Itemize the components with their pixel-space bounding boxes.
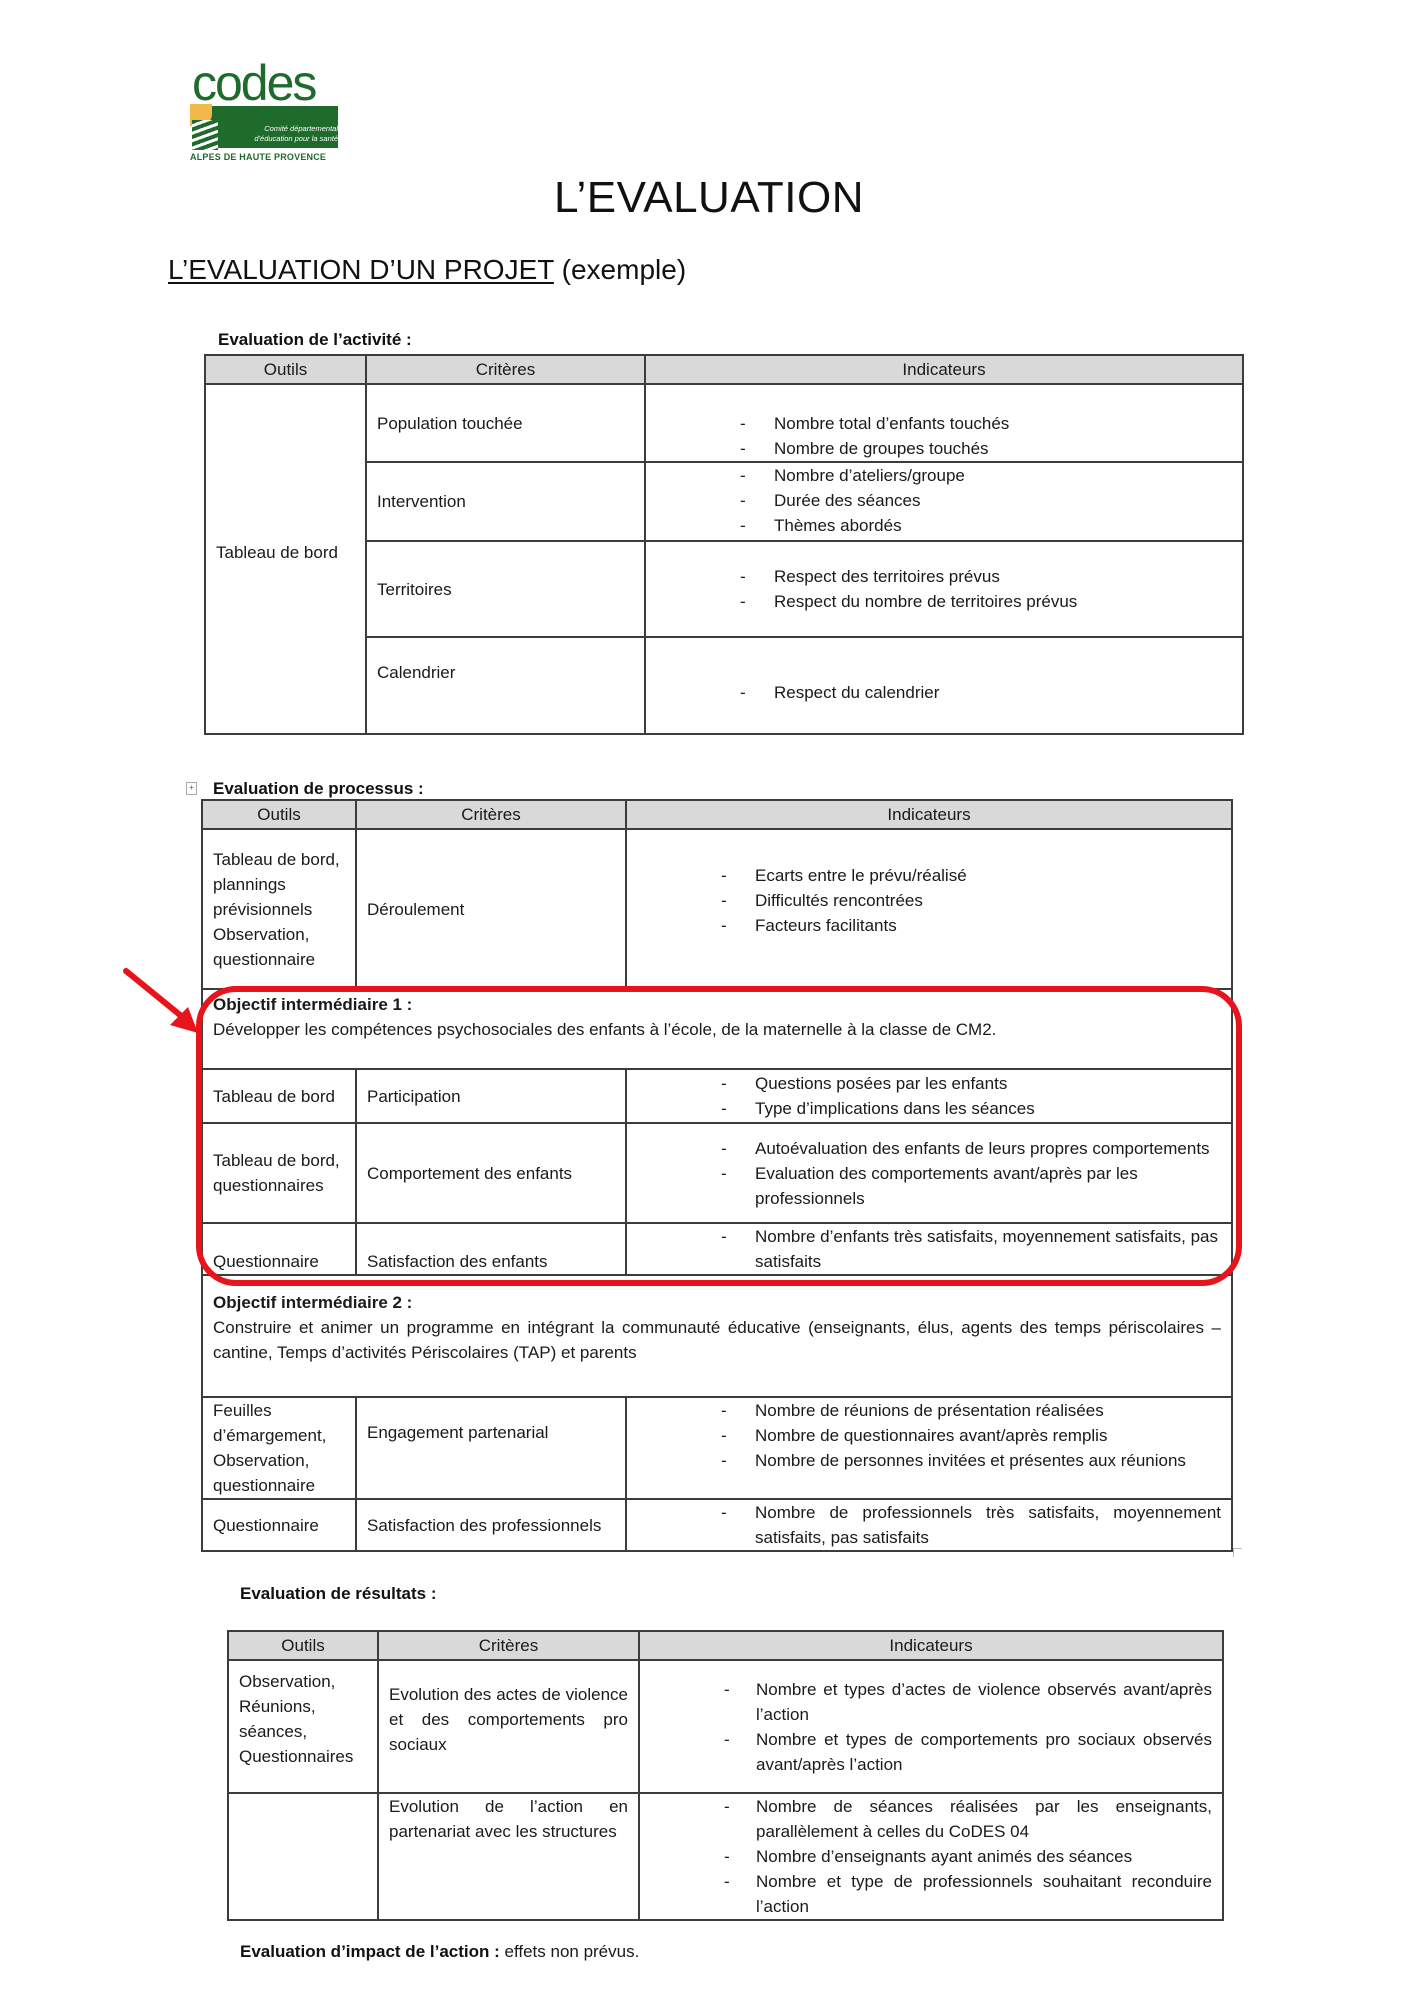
critere-cell: Calendrier xyxy=(366,637,645,734)
critere-cell: Engagement partenarial xyxy=(356,1397,626,1499)
table-resultats: Outils Critères Indicateurs Observation,… xyxy=(227,1630,1224,1921)
objectif-2-cell: Objectif intermédiaire 2 : Construire et… xyxy=(202,1275,1232,1397)
header-indicateurs: Indicateurs xyxy=(645,355,1243,384)
indicator-item: Type d’implications dans les séances xyxy=(637,1096,1221,1121)
indicator-item: Nombre de groupes touchés xyxy=(656,436,1232,461)
critere-cell: Participation xyxy=(356,1069,626,1123)
indicateurs-cell: Nombre de réunions de présentation réali… xyxy=(626,1397,1232,1499)
indicateurs-cell: Nombre de professionnels très satisfaits… xyxy=(626,1499,1232,1551)
indicator-item: Respect des territoires prévus xyxy=(656,564,1232,589)
indicator-item: Nombre total d’enfants touchés xyxy=(656,411,1232,436)
impact-text: effets non prévus. xyxy=(500,1942,640,1961)
indicator-item: Nombre de professionnels très satisfaits… xyxy=(637,1500,1221,1550)
table-move-handle[interactable]: + xyxy=(186,782,197,795)
logo-wordmark: codes xyxy=(192,58,315,108)
indicator-item: Ecarts entre le prévu/réalisé xyxy=(637,863,1221,888)
outil-cell: Tableau de bord, questionnaires xyxy=(202,1123,356,1223)
table-row: Tableau de bord, plannings prévisionnels… xyxy=(202,829,1232,989)
indicator-item: Durée des séances xyxy=(656,488,1232,513)
indicator-item: Facteurs facilitants xyxy=(637,913,1221,938)
logo-subtitle-1: Comité départemental xyxy=(230,124,338,133)
indicator-item: Nombre de personnes invitées et présente… xyxy=(637,1448,1221,1473)
indicator-item: Autoévaluation des enfants de leurs prop… xyxy=(637,1136,1221,1161)
table-row: Tableau de bord, questionnaires Comporte… xyxy=(202,1123,1232,1223)
indicator-item: Thèmes abordés xyxy=(656,513,1232,538)
outil-cell: Tableau de bord, plannings prévisionnels… xyxy=(202,829,356,989)
indicator-item: Nombre et types d’actes de violence obse… xyxy=(650,1677,1212,1727)
indicateurs-cell: Respect du calendrier xyxy=(645,637,1243,734)
indicator-item: Nombre d’enseignants ayant animés des sé… xyxy=(650,1844,1212,1869)
objectif-2-title: Objectif intermédiaire 2 : xyxy=(213,1290,1221,1315)
indicator-item: Nombre et type de professionnels souhait… xyxy=(650,1869,1212,1919)
table-row: Observation, Réunions, séances, Question… xyxy=(228,1660,1223,1793)
table-row: Evolution de l’action en partenariat ave… xyxy=(228,1793,1223,1920)
critere-cell: Territoires xyxy=(366,541,645,637)
indicateurs-cell: Respect des territoires prévus Respect d… xyxy=(645,541,1243,637)
indicator-item: Nombre et types de comportements pro soc… xyxy=(650,1727,1212,1777)
indicator-item: Questions posées par les enfants xyxy=(637,1071,1221,1096)
objectif-row: Objectif intermédiaire 2 : Construire et… xyxy=(202,1275,1232,1397)
indicateurs-cell: Ecarts entre le prévu/réalisé Difficulté… xyxy=(626,829,1232,989)
subtitle-underlined: L’EVALUATION D’UN PROJET xyxy=(168,254,554,285)
outil-cell: Tableau de bord xyxy=(205,384,366,734)
section-label-processus: Evaluation de processus : xyxy=(213,779,424,799)
indicator-item: Nombre de réunions de présentation réali… xyxy=(637,1398,1221,1423)
objectif-1-title: Objectif intermédiaire 1 : xyxy=(213,992,1221,1017)
critere-cell: Déroulement xyxy=(356,829,626,989)
critere-cell: Satisfaction des enfants xyxy=(356,1223,626,1275)
critere-cell: Satisfaction des professionnels xyxy=(356,1499,626,1551)
header-outils: Outils xyxy=(202,800,356,829)
critere-cell: Evolution de l’action en partenariat ave… xyxy=(378,1793,639,1920)
codes-logo: codes Comité départemental d'éducation p… xyxy=(190,64,340,162)
critere-cell: Intervention xyxy=(366,462,645,541)
impact-label: Evaluation d’impact de l’action : xyxy=(240,1942,500,1961)
indicator-item: Nombre d’enfants très satisfaits, moyenn… xyxy=(637,1224,1221,1274)
header-criteres: Critères xyxy=(378,1631,639,1660)
section-label-resultats: Evaluation de résultats : xyxy=(240,1584,437,1604)
logo-subtitle-2: d'éducation pour la santé xyxy=(230,134,338,143)
indicateurs-cell: Nombre d’ateliers/groupe Durée des séanc… xyxy=(645,462,1243,541)
table-row: Tableau de bord Population touchée Nombr… xyxy=(205,384,1243,462)
impact-line: Evaluation d’impact de l’action : effets… xyxy=(240,1942,639,1962)
critere-cell: Population touchée xyxy=(366,384,645,462)
indicator-item: Respect du nombre de territoires prévus xyxy=(656,589,1232,614)
table-row: Feuilles d’émargement, Observation, ques… xyxy=(202,1397,1232,1499)
header-criteres: Critères xyxy=(356,800,626,829)
indicateurs-cell: Autoévaluation des enfants de leurs prop… xyxy=(626,1123,1232,1223)
red-arrow-icon xyxy=(118,965,208,1040)
table-processus: Outils Critères Indicateurs Tableau de b… xyxy=(201,799,1233,1552)
indicator-item: Nombre d’ateliers/groupe xyxy=(656,463,1232,488)
outil-cell: Questionnaire xyxy=(202,1223,356,1275)
indicateurs-cell: Nombre d’enfants très satisfaits, moyenn… xyxy=(626,1223,1232,1275)
objectif-1-text: Développer les compétences psychosociale… xyxy=(213,1017,1221,1042)
indicateurs-cell: Nombre de séances réalisées par les ense… xyxy=(639,1793,1223,1920)
outil-cell: Questionnaire xyxy=(202,1499,356,1551)
logo-region: ALPES DE HAUTE PROVENCE xyxy=(190,152,340,162)
header-indicateurs: Indicateurs xyxy=(639,1631,1223,1660)
header-indicateurs: Indicateurs xyxy=(626,800,1232,829)
header-criteres: Critères xyxy=(366,355,645,384)
outil-cell: Feuilles d’émargement, Observation, ques… xyxy=(202,1397,356,1499)
indicateurs-cell: Nombre et types d’actes de violence obse… xyxy=(639,1660,1223,1793)
logo-road-icon xyxy=(192,120,218,150)
header-outils: Outils xyxy=(205,355,366,384)
outil-cell: Tableau de bord xyxy=(202,1069,356,1123)
subtitle-rest: (exemple) xyxy=(554,254,686,285)
section-label-activite: Evaluation de l’activité : xyxy=(218,330,412,350)
table-row: Questionnaire Satisfaction des professio… xyxy=(202,1499,1232,1551)
objectif-1-cell: Objectif intermédiaire 1 : Développer le… xyxy=(202,989,1232,1069)
outil-cell: Observation, Réunions, séances, Question… xyxy=(228,1660,378,1793)
header-outils: Outils xyxy=(228,1631,378,1660)
indicator-item: Nombre de séances réalisées par les ense… xyxy=(650,1794,1212,1844)
indicator-item: Respect du calendrier xyxy=(656,680,1232,705)
indicateurs-cell: Nombre total d’enfants touchés Nombre de… xyxy=(645,384,1243,462)
table-activite: Outils Critères Indicateurs Tableau de b… xyxy=(204,354,1244,735)
indicator-item: Difficultés rencontrées xyxy=(637,888,1221,913)
table-row: Tableau de bord Participation Questions … xyxy=(202,1069,1232,1123)
indicator-item: Nombre de questionnaires avant/après rem… xyxy=(637,1423,1221,1448)
indicator-item: Evaluation des comportements avant/après… xyxy=(637,1161,1221,1211)
page-title: L’EVALUATION xyxy=(0,172,1414,224)
critere-cell: Comportement des enfants xyxy=(356,1123,626,1223)
table-row: Questionnaire Satisfaction des enfants N… xyxy=(202,1223,1232,1275)
objectif-row: Objectif intermédiaire 1 : Développer le… xyxy=(202,989,1232,1069)
table-resize-handle[interactable] xyxy=(1233,1548,1242,1557)
indicateurs-cell: Questions posées par les enfants Type d’… xyxy=(626,1069,1232,1123)
outil-cell xyxy=(228,1793,378,1920)
critere-cell: Evolution des actes de violence et des c… xyxy=(378,1660,639,1793)
objectif-2-text: Construire et animer un programme en int… xyxy=(213,1315,1221,1365)
page-subtitle: L’EVALUATION D’UN PROJET (exemple) xyxy=(168,252,686,288)
